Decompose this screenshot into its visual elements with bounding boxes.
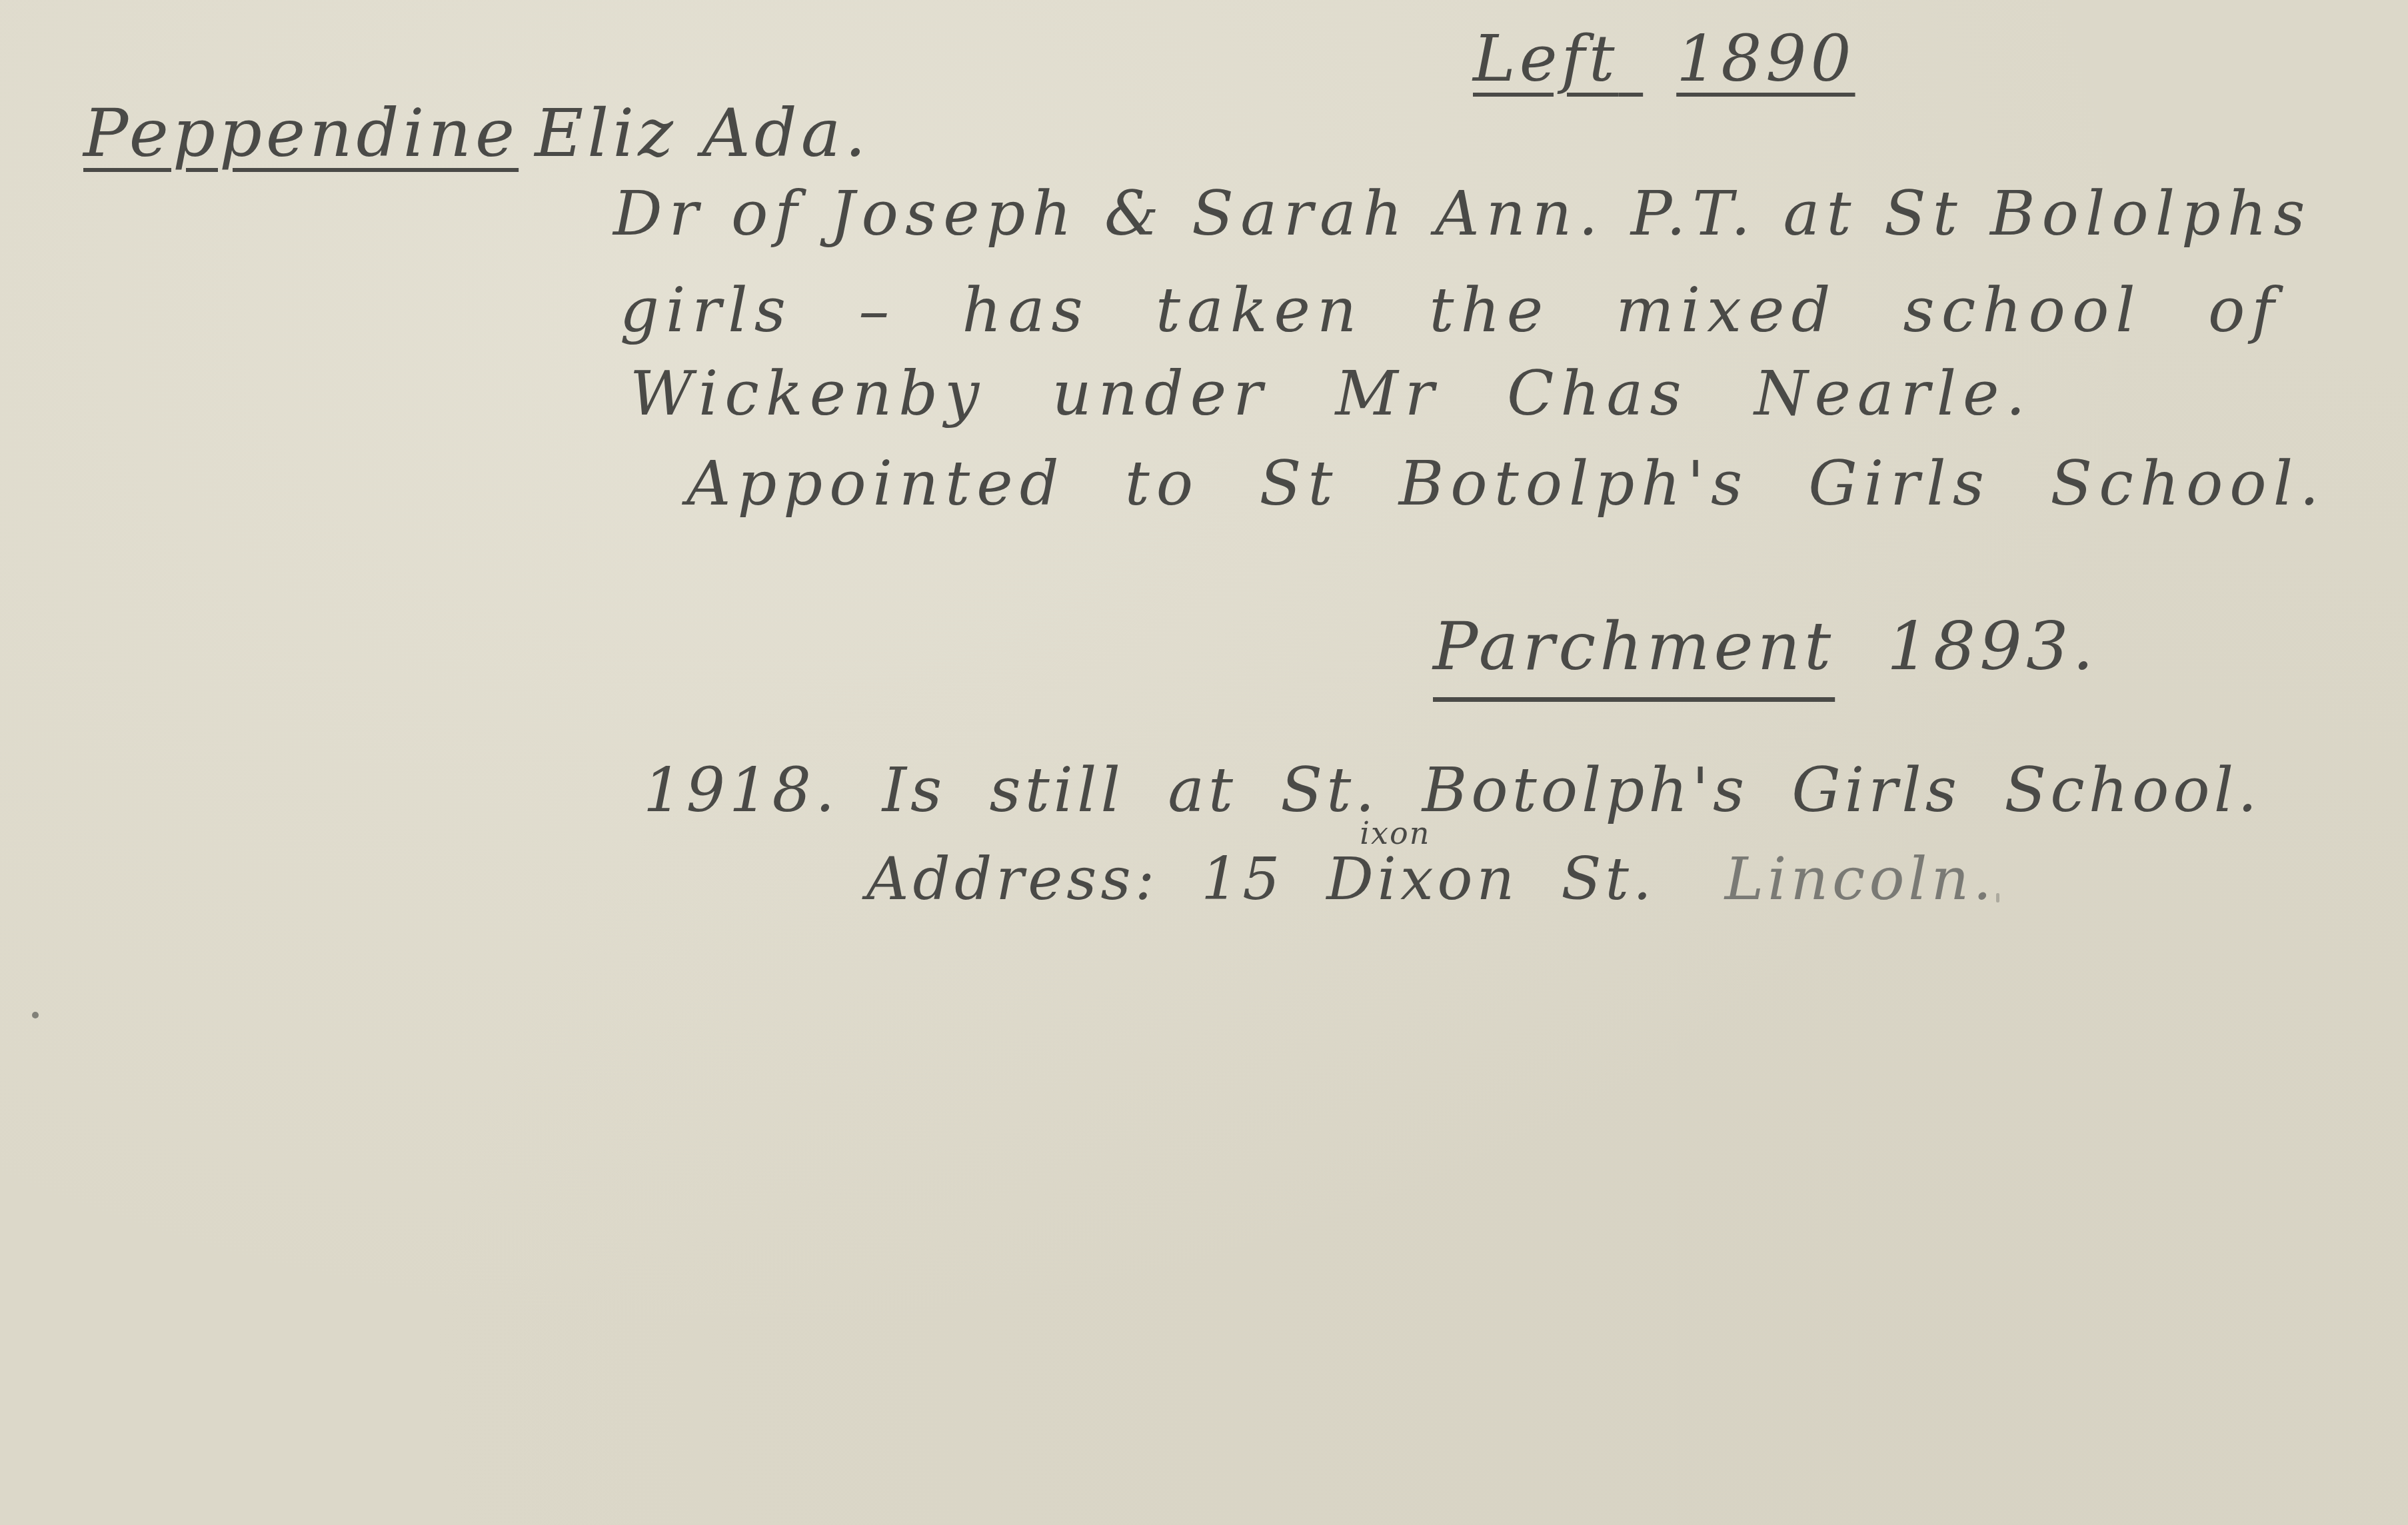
address-line: Address: 15 ixon Dixon St. Lincoln. xyxy=(866,850,1995,908)
surname: Peppendine xyxy=(83,94,519,172)
parchment-year: 1893. xyxy=(1887,607,2097,685)
later-note-text: Is still at St. Botolph's Girls School. xyxy=(882,755,2261,826)
forenames: Eliz Ada. xyxy=(535,94,870,172)
later-note-year: 1918. xyxy=(643,755,838,826)
entry-label: Left xyxy=(1473,21,1619,96)
address-city: Lincoln. xyxy=(1725,844,1995,913)
parchment-label: Parchment xyxy=(1433,607,1835,685)
address-street-wrapper: ixon Dixon St. xyxy=(1326,844,1698,913)
address-label: Address: xyxy=(866,844,1158,913)
body-line-mixed-school: girls – has taken the mixed school of xyxy=(620,280,2281,341)
parchment-note: Parchment 1893. xyxy=(1433,613,2097,680)
person-name: PeppendineEliz Ada. xyxy=(83,100,870,167)
paper-speck xyxy=(32,1012,39,1018)
address-street: Dixon St. xyxy=(1326,844,1656,913)
body-line-wickenby: Wickenby under Mr Chas Nearle. xyxy=(630,363,2032,425)
body-line-appointed: Appointed to St Botolph's Girls School. xyxy=(686,453,2325,515)
entry-year-heading: Left 1890 xyxy=(1473,27,1855,91)
address-number: 15 xyxy=(1201,844,1284,913)
paper-mark xyxy=(1996,893,1999,902)
body-line-parents: Dr of Joseph & Sarah Ann. P.T. at St Bol… xyxy=(613,183,2311,245)
later-note: 1918. Is still at St. Botolph's Girls Sc… xyxy=(643,760,2261,821)
entry-year: 1890 xyxy=(1676,21,1855,96)
document-page: Left 1890 PeppendineEliz Ada. Dr of Jose… xyxy=(0,0,2408,1525)
street-correction: ixon xyxy=(1360,818,1430,848)
